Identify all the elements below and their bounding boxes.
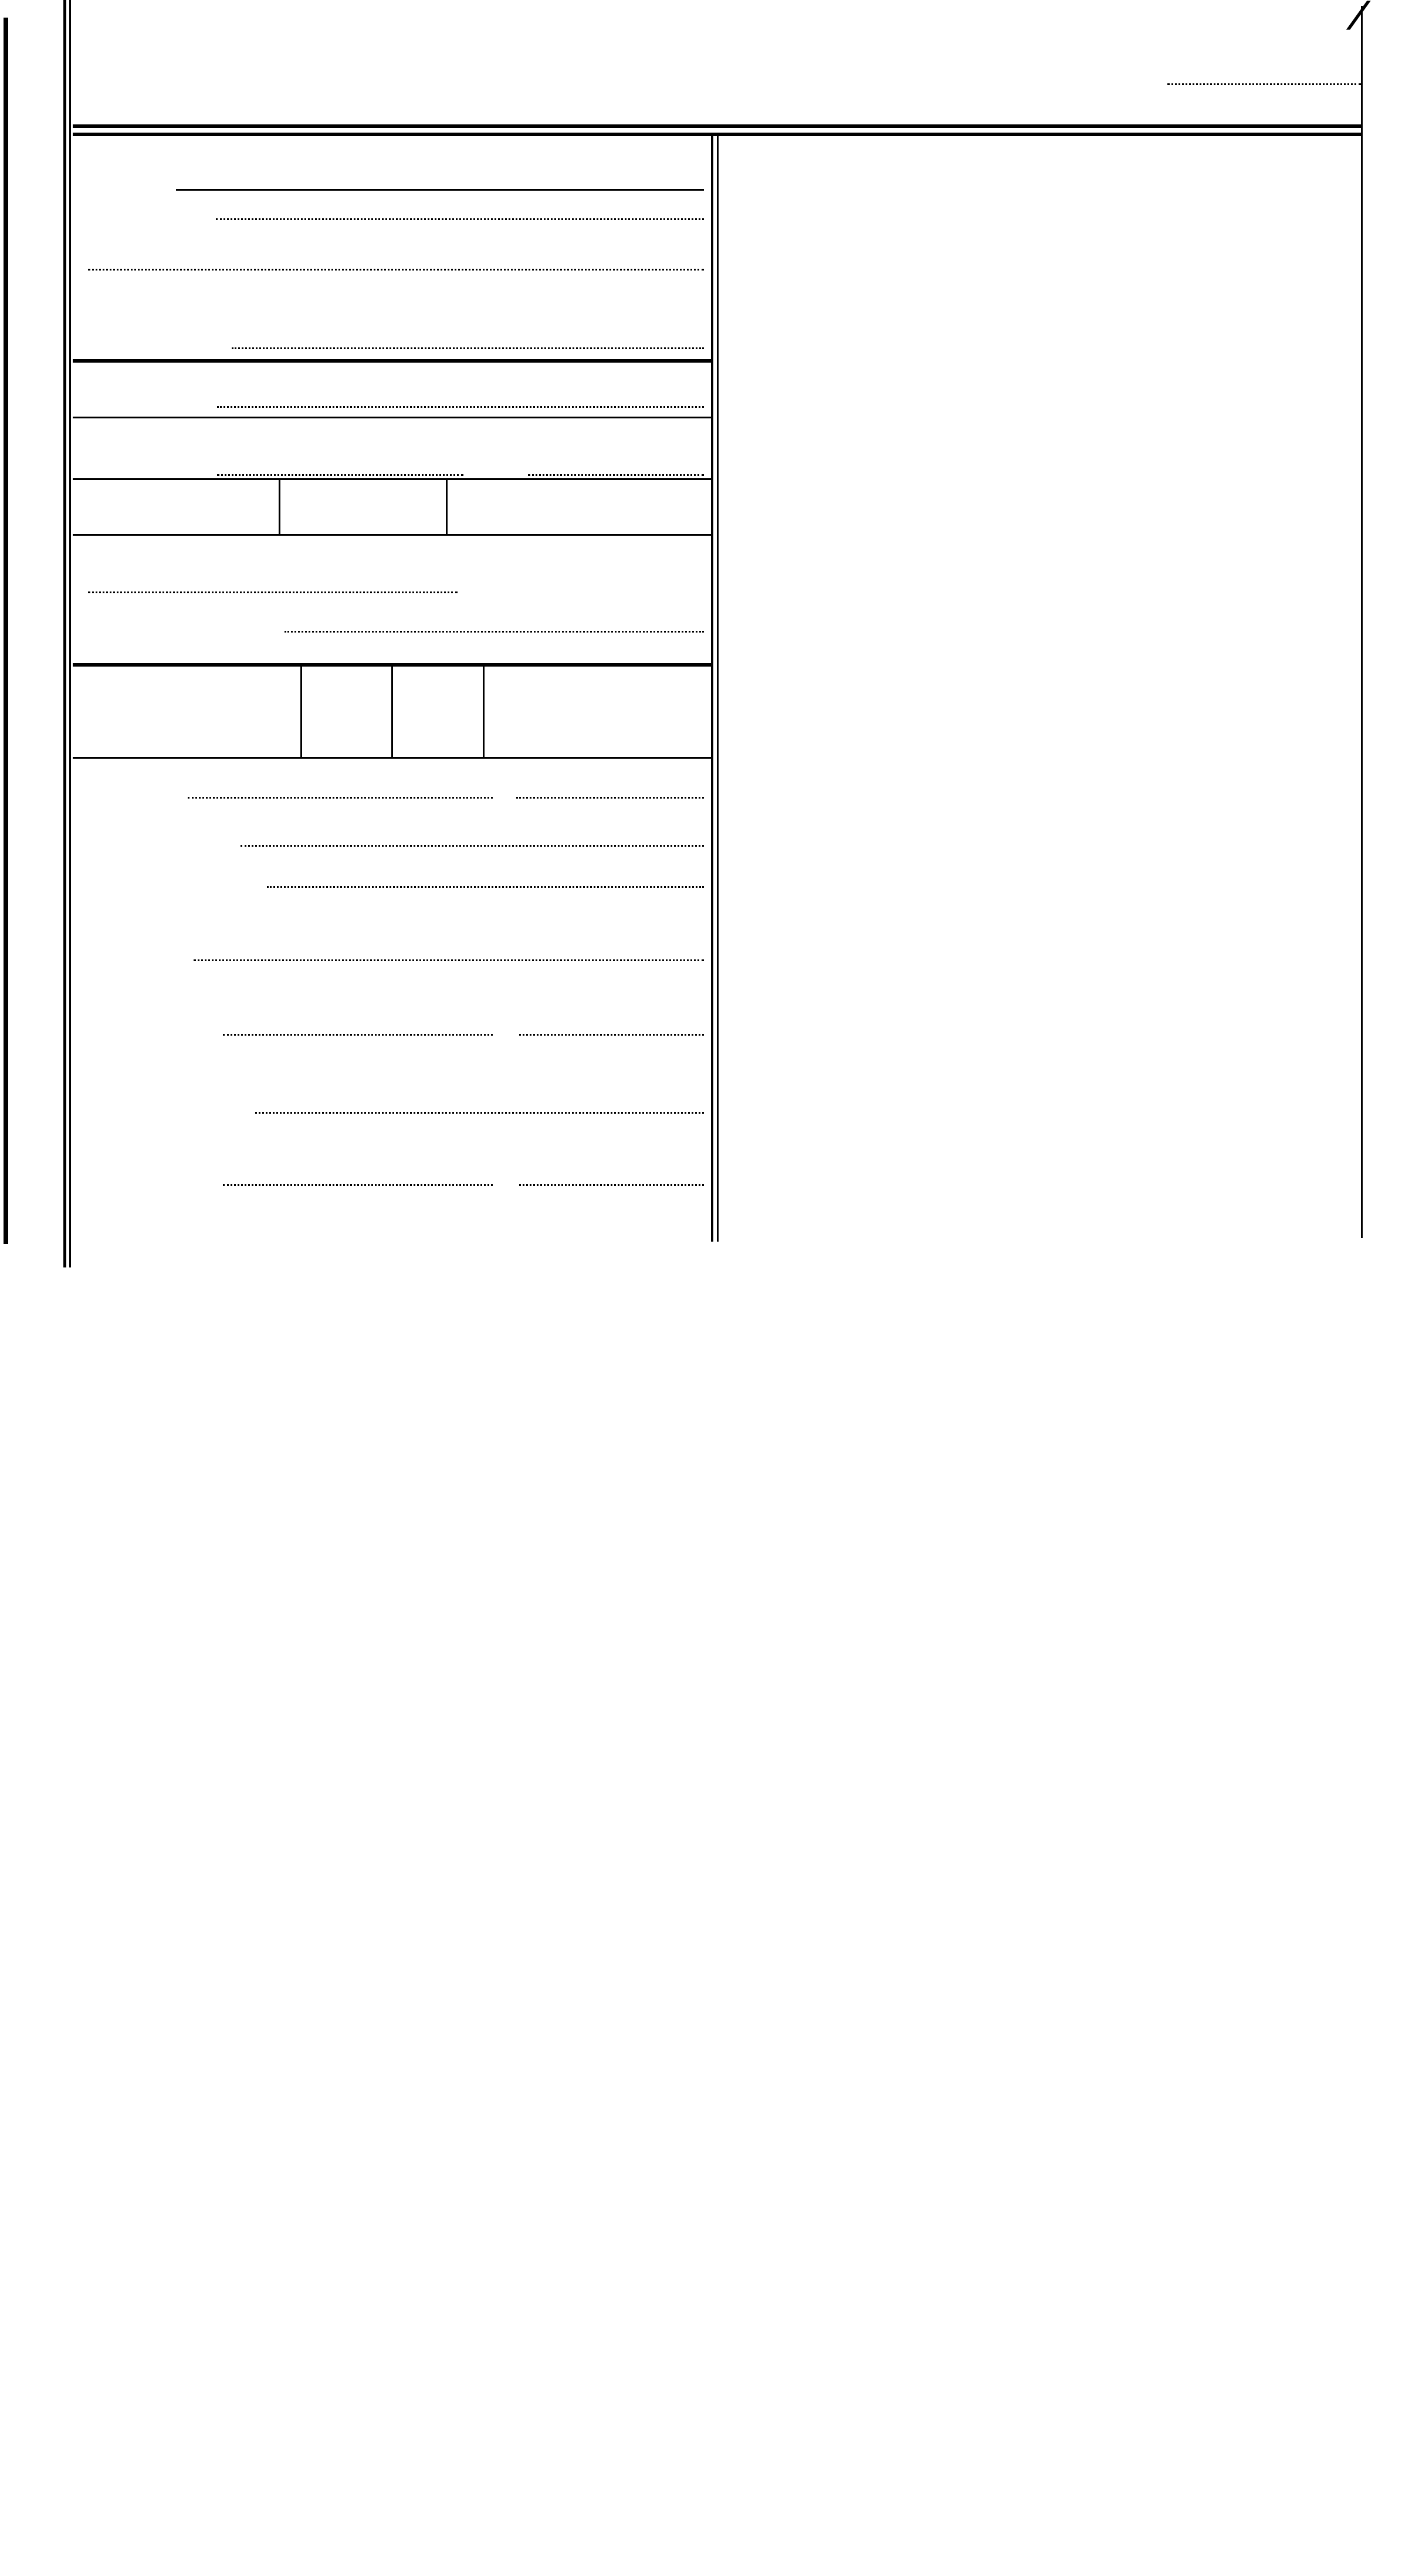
frame-rule-right bbox=[1361, 6, 1363, 1238]
frame-rule-left bbox=[63, 0, 66, 1267]
frame-rule-left-inner bbox=[69, 0, 71, 1267]
corner-mark: / bbox=[1348, 0, 1370, 35]
margin-rule bbox=[4, 18, 8, 1244]
center-divider bbox=[711, 133, 713, 1242]
